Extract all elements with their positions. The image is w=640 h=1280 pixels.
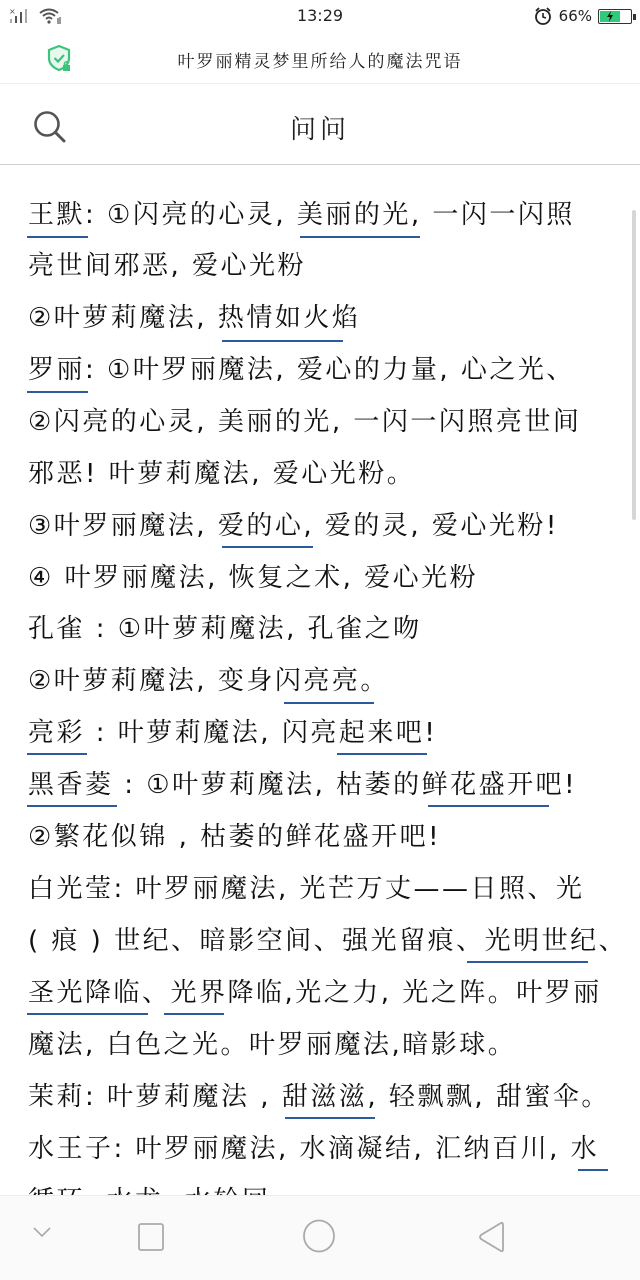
article-content: 王默: ①闪亮的心灵, 美丽的光, 一闪一闪照 亮世间邪恶, 爱心光粉 ②叶萝莉… <box>0 165 640 1195</box>
text-line: ②叶萝莉魔法, 热情如火焰 <box>28 298 360 338</box>
title-bar: 叶罗丽精灵梦里所给人的魔法咒语 <box>0 32 640 84</box>
underline <box>222 546 313 548</box>
alarm-icon <box>533 6 553 26</box>
battery-percent: 66% <box>559 7 592 25</box>
bolt-icon <box>606 11 614 22</box>
text-line: ②闪亮的心灵, 美丽的光, 一闪一闪照亮世间 <box>28 402 581 442</box>
underline <box>284 702 374 704</box>
status-right: 66% <box>533 6 632 26</box>
underline <box>164 1013 224 1015</box>
svg-text:×: × <box>9 7 16 16</box>
text-line: 茉莉: 叶萝莉魔法 , 甜滋滋, 轻飘飘, 甜蜜伞。 <box>28 1077 610 1117</box>
header-title: 问问 <box>0 109 640 146</box>
text-line: 亮彩 : 叶萝莉魔法, 闪亮起来吧! <box>28 713 437 753</box>
battery-level <box>600 11 620 22</box>
text-line: 邪恶! 叶萝莉魔法, 爱心光粉。 <box>28 454 415 494</box>
text-line: 亮世间邪恶, 爱心光粉 <box>28 246 306 286</box>
underline <box>578 1169 608 1171</box>
battery-charging-icon <box>598 9 632 24</box>
battery-cap <box>633 14 636 20</box>
square-recents-icon[interactable] <box>137 1222 165 1252</box>
search-header: 问问 <box>0 85 640 165</box>
text-line: 循环, 水龙, 水轮回 <box>28 1181 271 1195</box>
status-bar: × 13:29 66% <box>0 0 640 32</box>
underline <box>27 1013 148 1015</box>
underline <box>27 805 117 807</box>
signal-icon: × <box>8 7 32 25</box>
text-line: 水王子: 叶罗丽魔法, 水滴凝结, 汇纳百川, 水 <box>28 1129 599 1169</box>
underline <box>428 805 549 807</box>
text-line: 王默: ①闪亮的心灵, 美丽的光, 一闪一闪照 <box>28 195 575 235</box>
text-line: 魔法, 白色之光。叶罗丽魔法,暗影球。 <box>28 1025 516 1065</box>
underline <box>27 236 88 238</box>
page-title: 叶罗丽精灵梦里所给人的魔法咒语 <box>0 47 640 72</box>
circle-home-icon[interactable] <box>302 1218 336 1254</box>
text-line: 黑香菱 : ①叶萝莉魔法, 枯萎的鲜花盛开吧! <box>28 765 577 805</box>
underline <box>27 753 87 755</box>
text-line: ④ 叶罗丽魔法, 恢复之术, 爱心光粉 <box>28 558 478 598</box>
navigation-bar <box>0 1195 640 1280</box>
text-line: ( 痕 ) 世纪、暗影空间、强光留痕、光明世纪、 <box>28 921 627 961</box>
chevron-down-icon[interactable] <box>30 1224 54 1240</box>
text-line: 罗丽: ①叶罗丽魔法, 爱心的力量, 心之光、 <box>28 350 575 390</box>
underline <box>300 236 420 238</box>
status-time: 13:29 <box>297 6 343 25</box>
underline <box>467 961 588 963</box>
underline <box>285 1117 375 1119</box>
text-line: 孔雀 : ①叶萝莉魔法, 孔雀之吻 <box>28 609 422 649</box>
wifi-icon <box>38 7 64 25</box>
triangle-back-icon[interactable] <box>476 1220 506 1254</box>
underline <box>27 391 88 393</box>
text-line: ③叶罗丽魔法, 爱的心, 爱的灵, 爱心光粉! <box>28 506 559 546</box>
text-line: ②叶萝莉魔法, 变身闪亮亮。 <box>28 661 389 701</box>
underline <box>222 340 343 342</box>
underline <box>337 753 427 755</box>
text-line: ②繁花似锦 , 枯萎的鲜花盛开吧! <box>28 817 441 857</box>
screen: × 13:29 66% <box>0 0 640 1280</box>
text-line: 白光莹: 叶罗丽魔法, 光芒万丈——日照、光 <box>28 869 585 909</box>
status-left: × <box>8 7 64 25</box>
text-line: 圣光降临、光界降临,光之力, 光之阵。叶罗丽 <box>28 973 602 1013</box>
